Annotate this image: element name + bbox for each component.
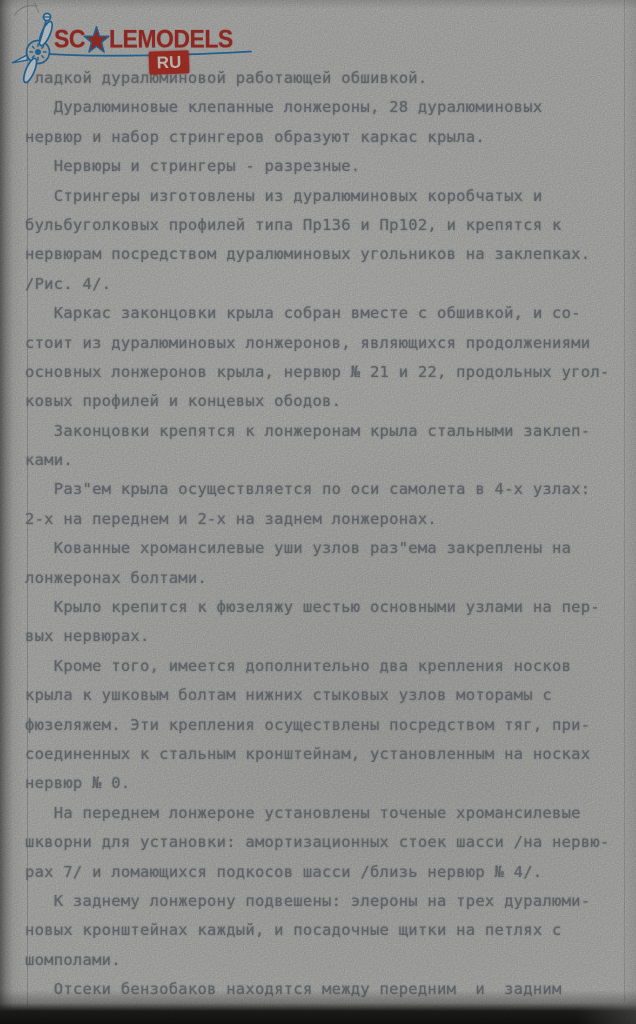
- text-line: Законцовки крепятся к лонжеронам крыла с…: [25, 417, 610, 446]
- text-line: Кроме того, имеется дополнительно два кр…: [25, 652, 610, 681]
- text-line: ками.: [25, 446, 610, 475]
- text-line: На переднем лонжероне установлены точены…: [25, 799, 610, 828]
- text-line: фюзеляжем. Эти крепления осуществлены по…: [25, 711, 610, 740]
- text-line: ковых профилей и концевых ободов.: [25, 387, 610, 416]
- text-line: основных лонжеронов крыла, нервюр № 21 и…: [25, 358, 610, 387]
- text-line: крыла к ушковым болтам нижних стыковых у…: [25, 681, 610, 710]
- text-line: рах 7/ и ломающихся подкосов шасси /близ…: [25, 858, 610, 887]
- text-line: Кованные хромансилевые уши узлов раз"ема…: [25, 534, 610, 563]
- text-line: Крыло крепится к фюзеляжу шестью основны…: [25, 593, 610, 622]
- text-line: К заднему лонжерону подвешены: элероны н…: [25, 887, 610, 916]
- text-line: нервюр и набор стрингеров образуют карка…: [25, 123, 610, 152]
- page-margin-line-right: [624, 0, 625, 1002]
- text-line: Дуралюминовые клепанные лонжероны, 28 ду…: [25, 93, 610, 122]
- text-line: новых кронштейнах каждый, и посадочные щ…: [25, 916, 610, 945]
- scan-bottom-shadow-fade: [576, 1004, 636, 1024]
- watermark-domain-badge: RU: [149, 50, 190, 74]
- text-line: Раз"ем крыла осуществляется по оси самол…: [25, 475, 610, 504]
- text-line: /Рис. 4/.: [25, 270, 610, 299]
- typewritten-text: гладкой дуралюминовой работающей обшивко…: [25, 64, 610, 1005]
- text-line: лонжеронах болтами.: [25, 564, 610, 593]
- text-line: бульбуголковых профилей типа Пр136 и Пр1…: [25, 211, 610, 240]
- text-line: нервюр № 0.: [25, 769, 610, 798]
- text-line: Стрингеры изготовлены из дуралюминовых к…: [25, 182, 610, 211]
- red-star-icon: [83, 26, 110, 55]
- text-line: стоит из дуралюминовых лонжеронов, являю…: [25, 329, 610, 358]
- text-line: шкворни для установки: амортизационных с…: [25, 828, 610, 857]
- domain-label: RU: [156, 52, 181, 73]
- scan-bottom-shadow: [0, 990, 636, 1024]
- text-line: 2-х на переднем и 2-х на заднем лонжерон…: [25, 505, 610, 534]
- text-line: нервюрам посредством дуралюминовых уголь…: [25, 240, 610, 269]
- text-line: Нервюры и стрингеры - разрезные.: [25, 152, 610, 181]
- scalemodels-watermark: SC LEMODELS RU: [8, 4, 258, 88]
- text-line: вых нервюрах.: [25, 622, 610, 651]
- text-line: Каркас законцовки крыла собран вместе с …: [25, 299, 610, 328]
- watermark-brand: SC LEMODELS: [54, 25, 233, 54]
- brand-prefix-label: SC: [54, 25, 85, 54]
- brand-suffix-label: LEMODELS: [109, 25, 233, 54]
- text-line: соединенных к стальным кронштейнам, уста…: [25, 740, 610, 769]
- text-line: шомполами.: [25, 946, 610, 975]
